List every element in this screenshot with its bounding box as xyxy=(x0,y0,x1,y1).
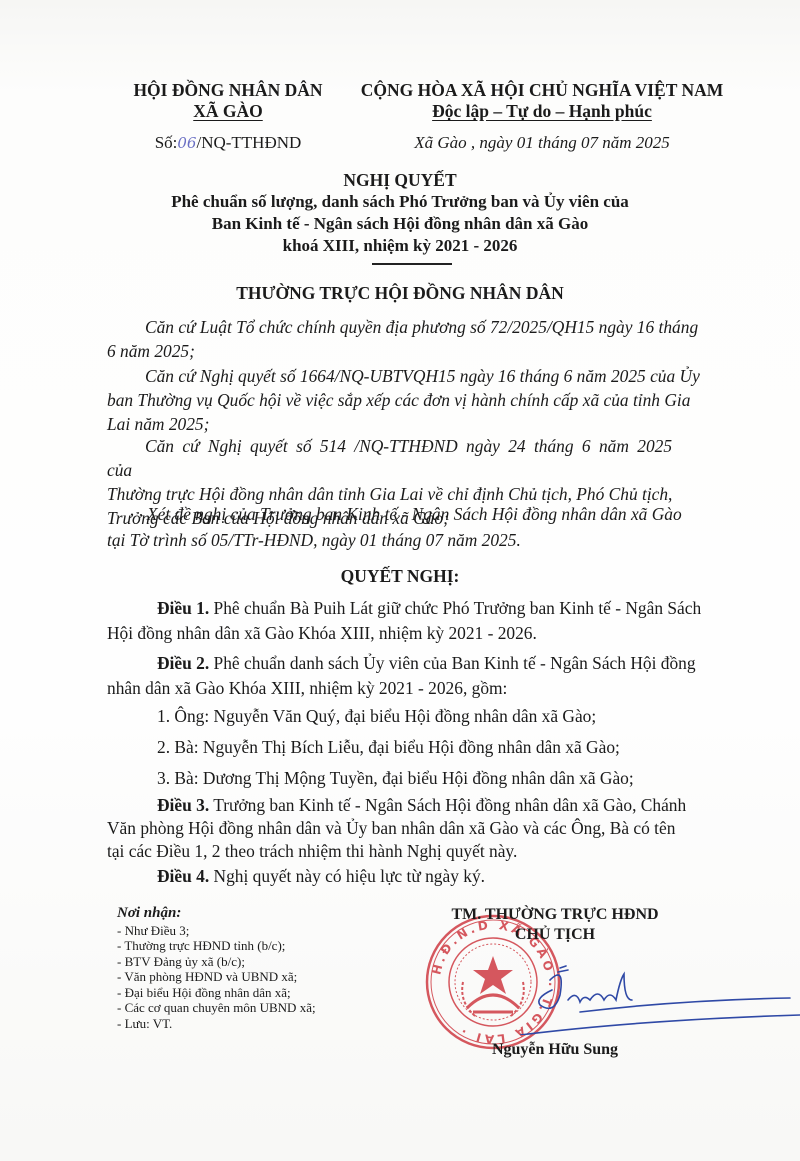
national-motto: Độc lập – Tự do – Hạnh phúc xyxy=(348,101,736,122)
issuer-commune: XÃ GÀO xyxy=(108,101,348,122)
document-number: Số:06/NQ-TTHĐND xyxy=(108,133,348,153)
article-2: Điều 2. Phê chuẩn danh sách Ủy viên của … xyxy=(107,651,719,701)
issuer-commune-text: XÃ GÀO xyxy=(193,101,263,121)
member-item: 2. Bà: Nguyễn Thị Bích Liễu, đại biểu Hộ… xyxy=(157,732,769,763)
recipients-heading: Nơi nhận: xyxy=(117,906,316,922)
recipient-item: - Các cơ quan chuyên môn UBND xã; xyxy=(117,1000,316,1016)
recipient-item: - Như Điều 3; xyxy=(117,923,316,939)
decision-heading: QUYẾT NGHỊ: xyxy=(120,566,680,587)
recipient-item: - Đại biểu Hội đồng nhân dân xã; xyxy=(117,985,316,1001)
national-title: CỘNG HÒA XÃ HỘI CHỦ NGHĨA VIỆT NAM xyxy=(348,80,736,101)
member-list: 1. Ông: Nguyễn Văn Quý, đại biểu Hội đồn… xyxy=(157,701,769,794)
member-item: 3. Bà: Dương Thị Mộng Tuyền, đại biểu Hộ… xyxy=(157,763,769,794)
recipient-item: - Văn phòng HĐND và UBND xã; xyxy=(117,969,316,985)
preamble-4: Xét đề nghị của Trưởng ban Kinh tế - Ngâ… xyxy=(107,502,700,552)
issuer-heading: THƯỜNG TRỰC HỘI ĐỒNG NHÂN DÂN xyxy=(120,283,680,304)
subject-line-3: khoá XIII, nhiệm kỳ 2021 - 2026 xyxy=(120,236,680,256)
subject-line-1: Phê chuẩn số lượng, danh sách Phó Trưởng… xyxy=(120,192,680,212)
article-1: Điều 1. Phê chuẩn Bà Puih Lát giữ chức P… xyxy=(107,596,719,646)
signature-title: CHỦ TỊCH xyxy=(430,926,680,944)
place-date: Xã Gào , ngày 01 tháng 07 năm 2025 xyxy=(348,133,736,153)
number-prefix: Số: xyxy=(155,133,178,152)
number-suffix: /NQ-TTHĐND xyxy=(196,133,301,152)
member-item: 1. Ông: Nguyễn Văn Quý, đại biểu Hội đồn… xyxy=(157,701,769,732)
preamble-1: Căn cứ Luật Tổ chức chính quyền địa phươ… xyxy=(107,315,700,363)
article-3: Điều 3. Trưởng ban Kinh tế - Ngân Sách H… xyxy=(107,794,719,863)
signature-on-behalf: TM. THƯỜNG TRỰC HĐND xyxy=(430,906,680,924)
issuer-council: HỘI ĐỒNG NHÂN DÂN xyxy=(108,80,348,101)
recipient-item: - Lưu: VT. xyxy=(117,1016,316,1032)
recipient-item: - Thường trực HĐND tỉnh (b/c); xyxy=(117,938,316,954)
handwritten-signature-icon xyxy=(520,960,800,1035)
document-page: HỘI ĐỒNG NHÂN DÂN XÃ GÀO Số:06/NQ-TTHĐND… xyxy=(0,0,800,1161)
signer-name: Nguyễn Hữu Sung xyxy=(430,1041,680,1059)
recipients-block: Nơi nhận: - Như Điều 3; - Thường trực HĐ… xyxy=(117,906,316,1031)
subject-line-2: Ban Kinh tế - Ngân sách Hội đồng nhân dâ… xyxy=(120,214,680,234)
title-divider xyxy=(372,263,452,265)
article-4: Điều 4. Nghị quyết này có hiệu lực từ ng… xyxy=(107,864,719,889)
preamble-2: Căn cứ Nghị quyết số 1664/NQ-UBTVQH15 ng… xyxy=(107,364,700,436)
national-motto-text: Độc lập – Tự do – Hạnh phúc xyxy=(432,101,652,121)
document-type: NGHỊ QUYẾT xyxy=(120,170,680,191)
number-handwritten: 06 xyxy=(177,134,196,152)
recipient-item: - BTV Đảng ủy xã (b/c); xyxy=(117,954,316,970)
